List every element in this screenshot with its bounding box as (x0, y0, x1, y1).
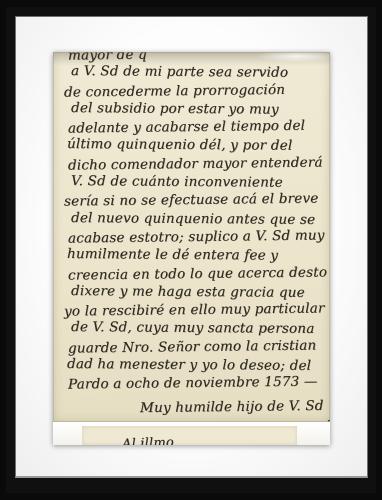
handwriting-fragment: Al illmo (122, 430, 297, 445)
second-page-fragment: Al illmo (82, 426, 297, 445)
framed-letter-photo: mayor de q a V. Sd de mi parte sea servi… (0, 0, 382, 500)
second-page-strip: Al illmo (53, 422, 330, 445)
handwriting-line: humilmente le dé entera fee y (67, 245, 329, 265)
handwriting-line: a V. Sd de mi parte sea servido (71, 62, 329, 82)
signature: Phelipe (327, 397, 330, 422)
closing-row: Muy humilde hijo de V. Sd Phelipe (140, 393, 326, 417)
closing-line: Muy humilde hijo de V. Sd (140, 397, 324, 418)
handwriting-line: creencia en todo lo que acerca desto le (68, 263, 326, 284)
letter-page: mayor de q a V. Sd de mi parte sea servi… (53, 52, 330, 422)
letter-photograph: mayor de q a V. Sd de mi parte sea servi… (53, 52, 330, 445)
handwriting-line: de V. Sd, cuya muy sancta persona (71, 318, 329, 338)
handwriting-line: sería si no se efectuase acá el breve (64, 190, 326, 211)
handwriting-line: Pardo a ocho de noviembre 1573 — (68, 373, 326, 394)
handwriting-line: último quinquenio dél, y por del (67, 135, 329, 155)
mat-border: mayor de q a V. Sd de mi parte sea servi… (15, 16, 368, 478)
